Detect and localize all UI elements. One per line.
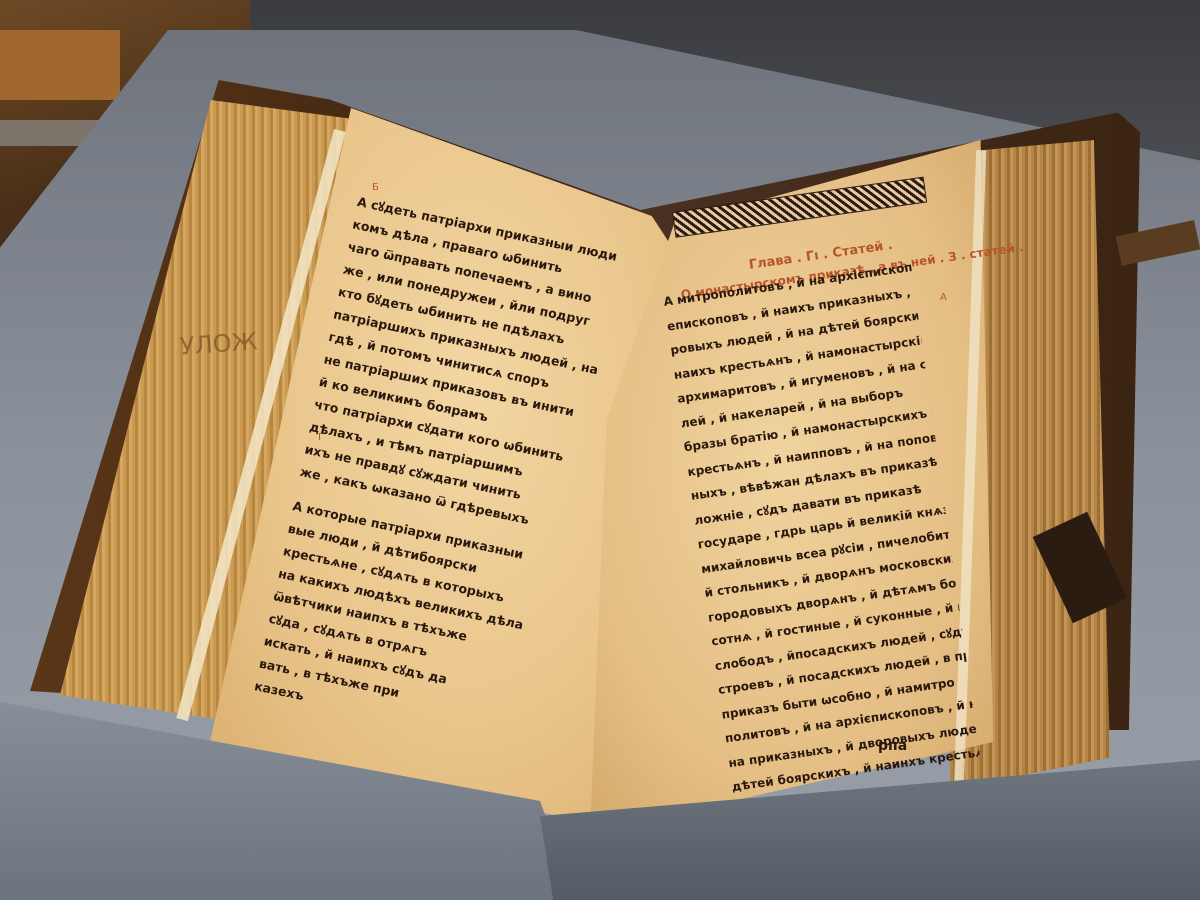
chest-plank: [0, 30, 120, 100]
margin-mark: А: [940, 292, 947, 303]
fore-edge-inscription: УЛОЖ: [179, 327, 258, 360]
folio-number: рпа: [878, 738, 907, 754]
margin-mark: Б: [372, 182, 379, 193]
